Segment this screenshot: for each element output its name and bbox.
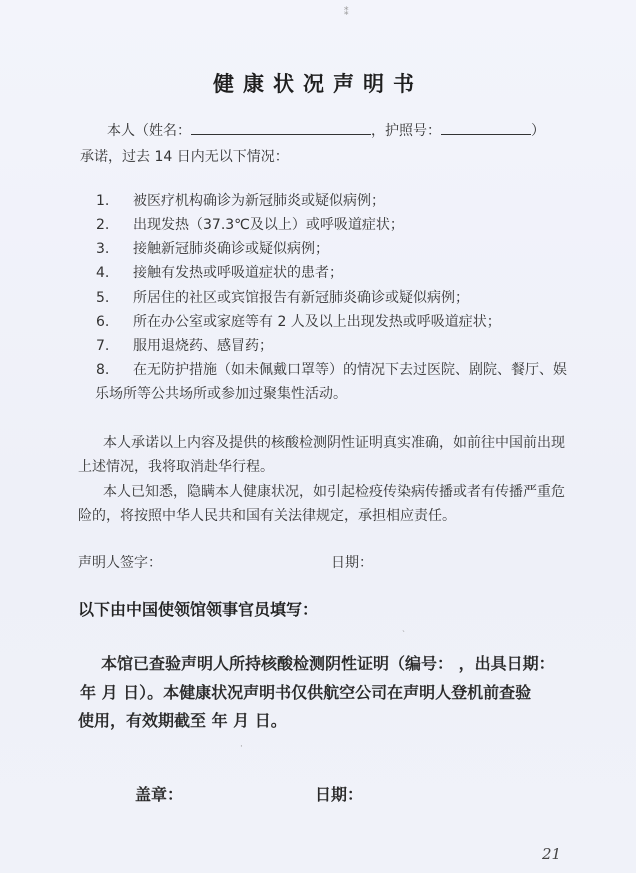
handwritten-page-number: 21 <box>542 845 561 863</box>
list-item: 4.接触有发热或呼吸道症状的患者； <box>96 262 343 282</box>
consular-line-3: 使用，有效期截至 年 月 日。 <box>78 708 287 731</box>
list-item: 1.被医疗机构确诊为新冠肺炎或疑似病例； <box>96 190 385 210</box>
list-item: 5.所居住的社区或宾馆报告有新冠肺炎确诊或疑似病例； <box>96 287 469 307</box>
scan-speck: ˏ <box>402 622 405 633</box>
pledge-paragraph-1-line-1: 本人承诺以上内容及提供的核酸检测阴性证明真实准确，如前往中国前出现 <box>103 432 565 452</box>
document-title: 健康状况声明书 <box>0 68 636 98</box>
list-item: 8.在无防护措施（如未佩戴口罩等）的情况下去过医院、剧院、餐厅、娱 <box>96 359 567 379</box>
list-item-continuation: 乐场所等公共场所或参加过聚集性活动。 <box>95 383 347 403</box>
list-item: 6.所在办公室或家庭等有 2 人及以上出现发热或呼吸道症状； <box>96 311 501 331</box>
name-label: 本人（姓名： <box>107 123 191 139</box>
consular-line-1: 本馆已查验声明人所持核酸检测阴性证明（编号： ，出具日期： <box>101 651 555 674</box>
passport-field[interactable] <box>441 120 531 135</box>
scan-speck: · <box>240 742 243 752</box>
list-item: 7.服用退烧药、感冒药； <box>96 335 273 355</box>
signer-date-label: 日期： <box>331 552 373 572</box>
document-page: ⁑ 健康状况声明书 本人（姓名：，护照号：） 承诺，过去 14 日内无以下情况：… <box>0 0 636 873</box>
list-item: 2.出现发热（37.3℃及以上）或呼吸道症状； <box>96 214 404 234</box>
passport-label: ，护照号： <box>371 123 441 139</box>
consular-line-2: 年 月 日）。本健康状况声明书仅供航空公司在声明人登机前查验 <box>80 680 531 703</box>
pledge-paragraph-2-line-2: 险的，将按照中华人民共和国有关法律规定，承担相应责任。 <box>78 505 456 525</box>
intro-line-2: 承诺，过去 14 日内无以下情况： <box>80 146 289 166</box>
intro-close-paren: ） <box>531 123 545 139</box>
name-field[interactable] <box>191 120 371 135</box>
list-item: 3.接触新冠肺炎确诊或疑似病例； <box>96 238 329 258</box>
consular-section-heading: 以下由中国使领馆领事官员填写： <box>78 597 318 620</box>
pledge-paragraph-2-line-1: 本人已知悉，隐瞒本人健康状况，如引起检疫传染病传播或者有传播严重危 <box>103 481 565 501</box>
pledge-paragraph-1-line-2: 上述情况，我将取消赴华行程。 <box>78 456 274 476</box>
consular-date-label: 日期： <box>315 782 363 805</box>
stamp-label: 盖章： <box>135 782 183 805</box>
signer-signature-label: 声明人签字： <box>78 552 162 572</box>
intro-line-1: 本人（姓名：，护照号：） <box>107 120 545 140</box>
scan-speck: ⁑ <box>344 8 349 18</box>
